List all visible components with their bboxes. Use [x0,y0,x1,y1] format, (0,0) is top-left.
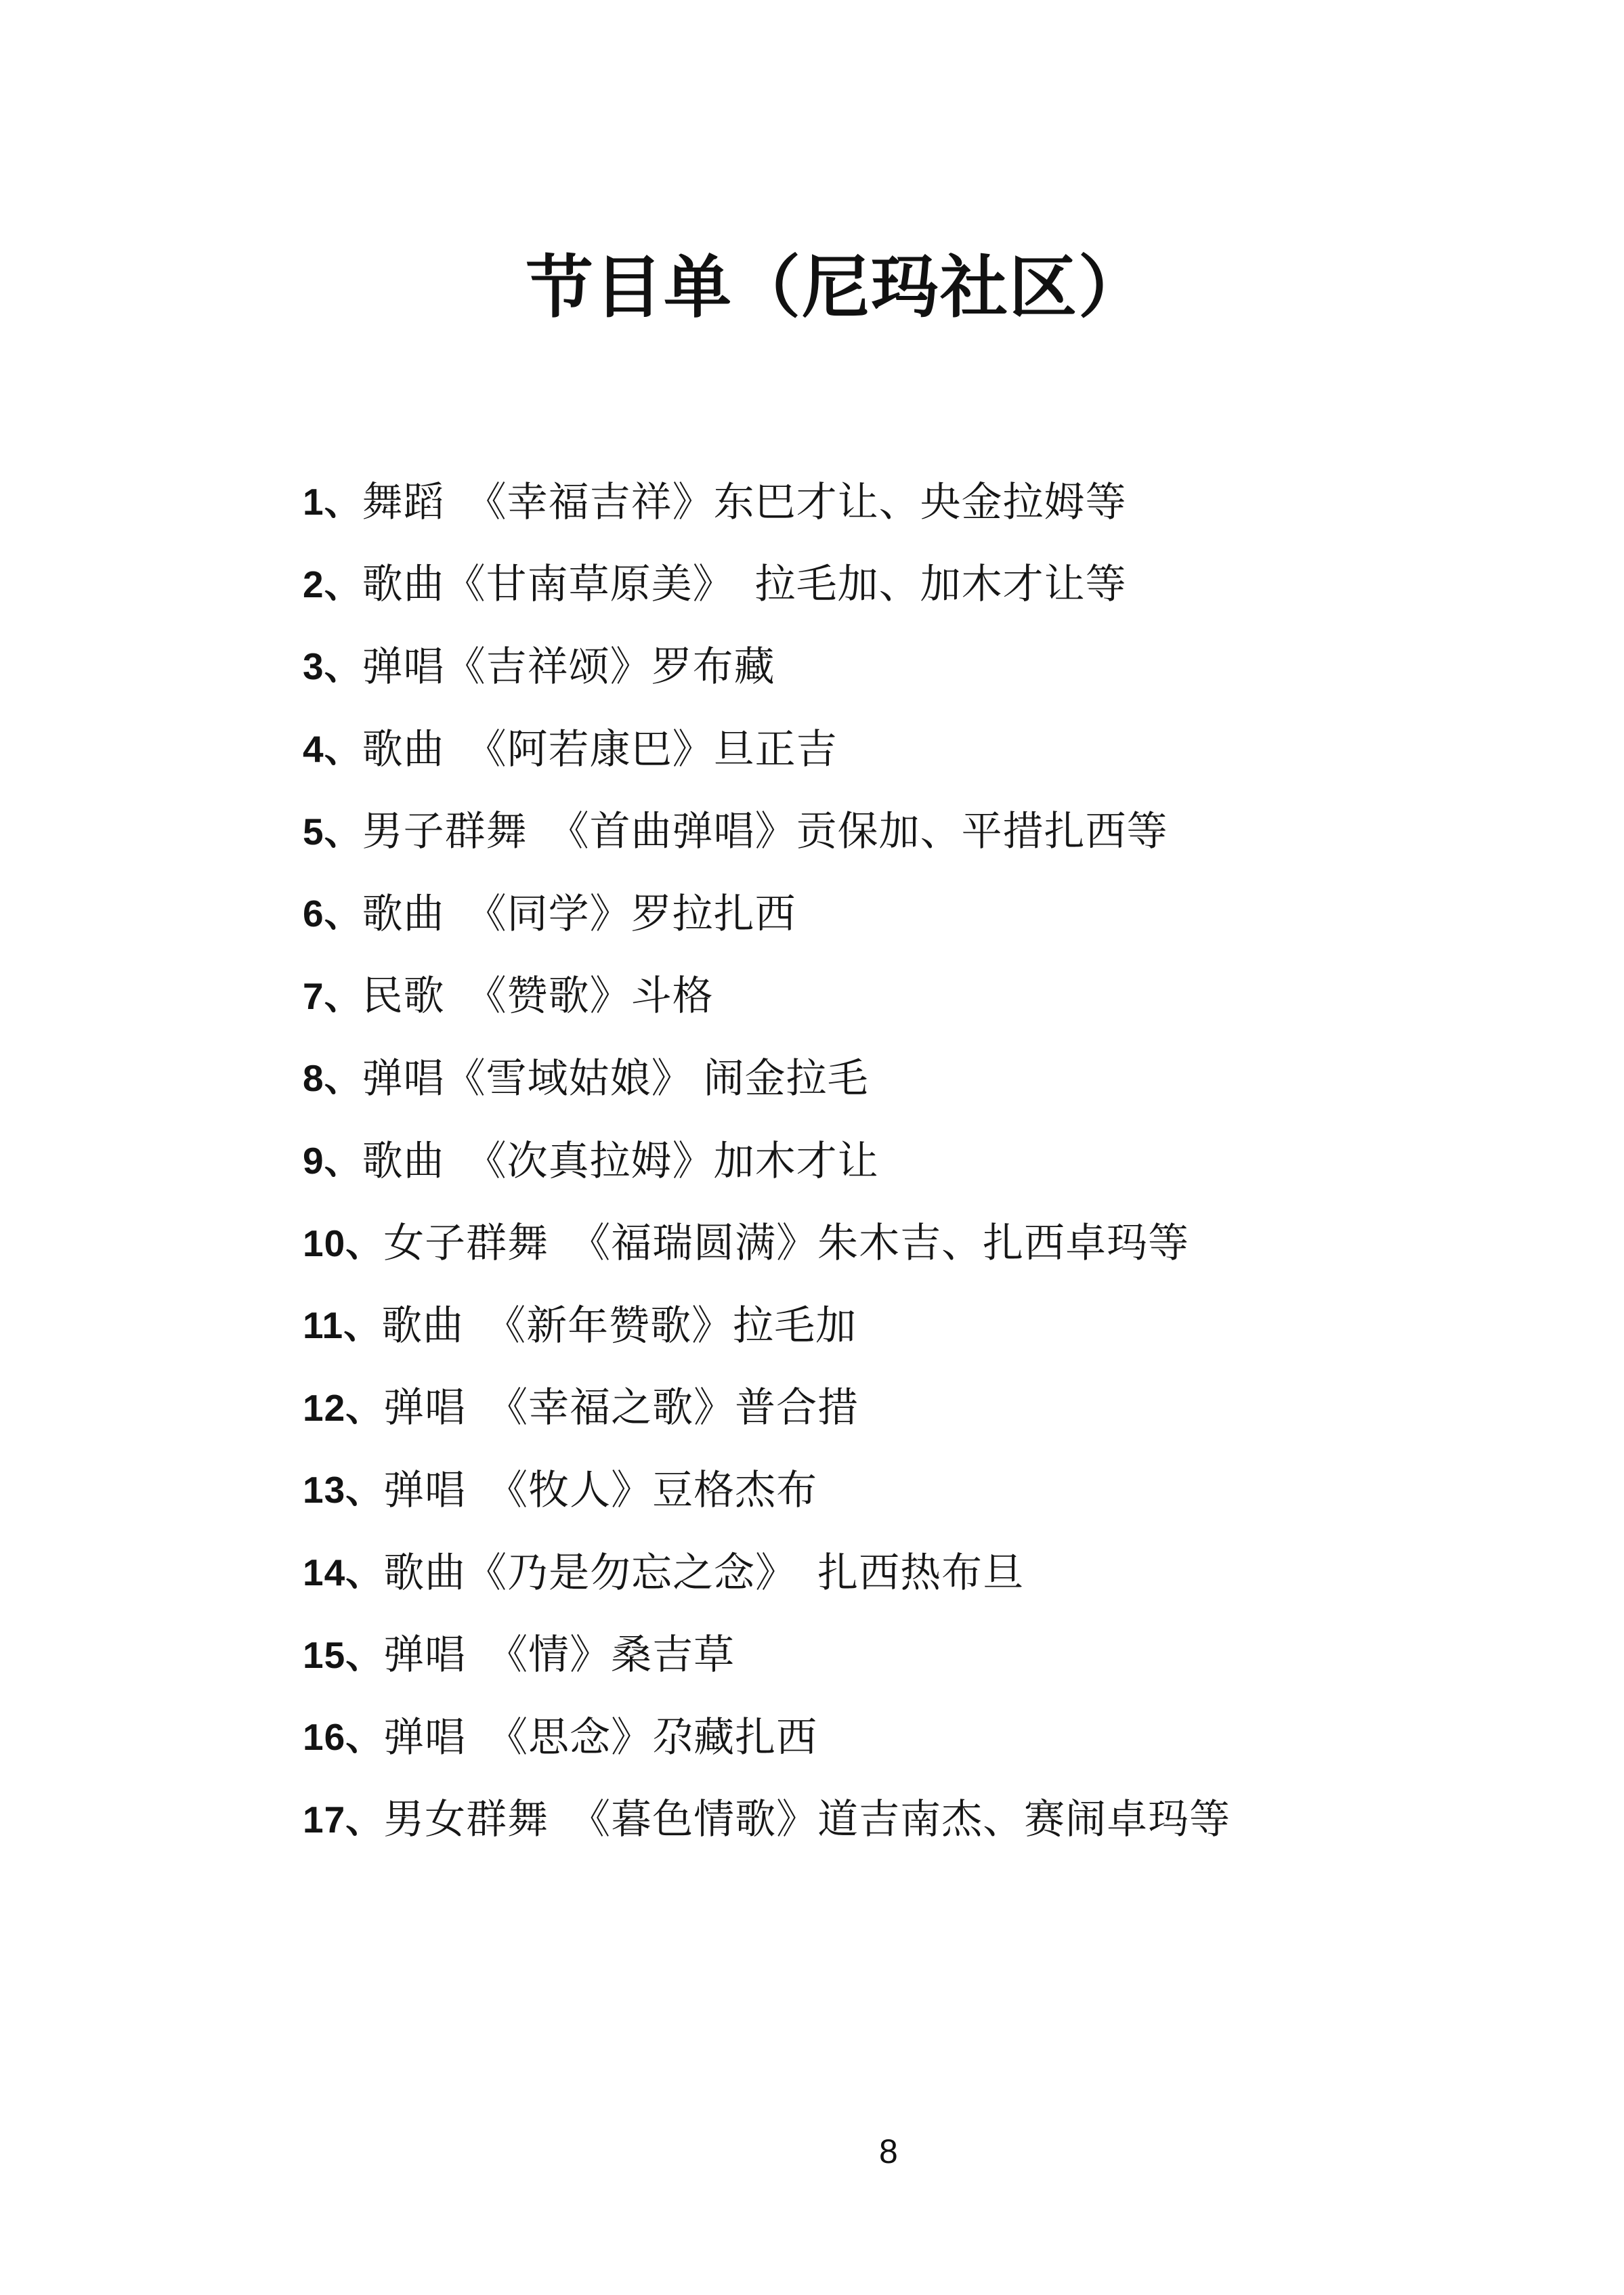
page-title: 节目单（尼玛社区） [0,249,1624,327]
item-text: 女子群舞 《福瑞圆满》朱木吉、扎西卓玛等 [383,1211,1189,1269]
item-number: 10、 [303,1214,383,1267]
list-item: 8、弹唱《雪域姑娘》 闹金拉毛 [303,1034,1543,1117]
list-item: 9、歌曲 《次真拉姆》加木才让 [303,1117,1543,1199]
item-text: 弹唱 《情》桑吉草 [383,1623,735,1681]
list-item: 13、弹唱 《牧人》豆格杰布 [303,1446,1543,1528]
item-number: 6、 [303,884,362,937]
list-item: 6、歌曲 《同学》罗拉扎西 [303,870,1543,952]
item-number: 11、 [303,1295,381,1349]
list-item: 17、男女群舞 《暮色情歌》道吉南杰、赛闹卓玛等 [303,1776,1543,1858]
item-text: 民歌 《赞歌》斗格 [362,964,714,1022]
item-number: 3、 [303,637,362,690]
program-list: 1、舞蹈 《幸福吉祥》东巴才让、央金拉姆等 2、歌曲《甘南草原美》 拉毛加、加木… [303,458,1543,1858]
list-item: 16、弹唱 《思念》尕藏扎西 [303,1693,1543,1776]
item-number: 17、 [303,1790,383,1843]
item-text: 歌曲 《同学》罗拉扎西 [362,882,796,940]
item-text: 歌曲 《阿若康巴》旦正吉 [362,717,838,775]
item-number: 8、 [303,1048,362,1102]
item-number: 1、 [303,472,362,526]
list-item: 7、民歌 《赞歌》斗格 [303,952,1543,1035]
list-item: 11、歌曲 《新年赞歌》拉毛加 [303,1281,1543,1364]
list-item: 3、弹唱《吉祥颂》罗布藏 [303,622,1543,705]
list-item: 12、弹唱 《幸福之歌》普合措 [303,1364,1543,1446]
item-text: 弹唱 《思念》尕藏扎西 [383,1705,817,1763]
list-item: 15、弹唱 《情》桑吉草 [303,1610,1543,1693]
item-number: 5、 [303,802,362,855]
item-text: 舞蹈 《幸福吉祥》东巴才让、央金拉姆等 [362,470,1127,528]
list-item: 4、歌曲 《阿若康巴》旦正吉 [303,705,1543,788]
item-number: 7、 [303,966,362,1020]
item-number: 4、 [303,719,362,773]
item-text: 歌曲 《次真拉姆》加木才让 [362,1129,879,1187]
item-text: 歌曲《甘南草原美》 拉毛加、加木才让等 [362,552,1127,610]
item-number: 12、 [303,1378,383,1432]
list-item: 2、歌曲《甘南草原美》 拉毛加、加木才让等 [303,540,1543,623]
item-number: 9、 [303,1131,362,1184]
item-text: 男子群舞 《首曲弹唱》贡保加、平措扎西等 [362,799,1168,857]
list-item: 5、男子群舞 《首曲弹唱》贡保加、平措扎西等 [303,787,1543,870]
item-number: 16、 [303,1707,383,1761]
item-number: 15、 [303,1625,383,1679]
list-item: 1、舞蹈 《幸福吉祥》东巴才让、央金拉姆等 [303,458,1543,540]
item-number: 2、 [303,555,362,608]
item-text: 弹唱《雪域姑娘》 闹金拉毛 [362,1046,869,1104]
item-number: 13、 [303,1460,383,1514]
item-text: 弹唱 《幸福之歌》普合措 [383,1375,859,1434]
item-text: 男女群舞 《暮色情歌》道吉南杰、赛闹卓玛等 [383,1787,1231,1845]
list-item: 10、女子群舞 《福瑞圆满》朱木吉、扎西卓玛等 [303,1199,1543,1281]
item-text: 歌曲 《新年赞歌》拉毛加 [381,1293,857,1352]
document-page: 节目单（尼玛社区） 1、舞蹈 《幸福吉祥》东巴才让、央金拉姆等 2、歌曲《甘南草… [0,0,1624,2295]
list-item: 14、歌曲《乃是勿忘之念》 扎西热布旦 [303,1528,1543,1611]
page-number: 8 [879,2132,898,2171]
item-text: 弹唱 《牧人》豆格杰布 [383,1458,817,1516]
item-text: 弹唱《吉祥颂》罗布藏 [362,635,775,693]
item-number: 14、 [303,1543,383,1596]
item-text: 歌曲《乃是勿忘之念》 扎西热布旦 [383,1541,1024,1599]
